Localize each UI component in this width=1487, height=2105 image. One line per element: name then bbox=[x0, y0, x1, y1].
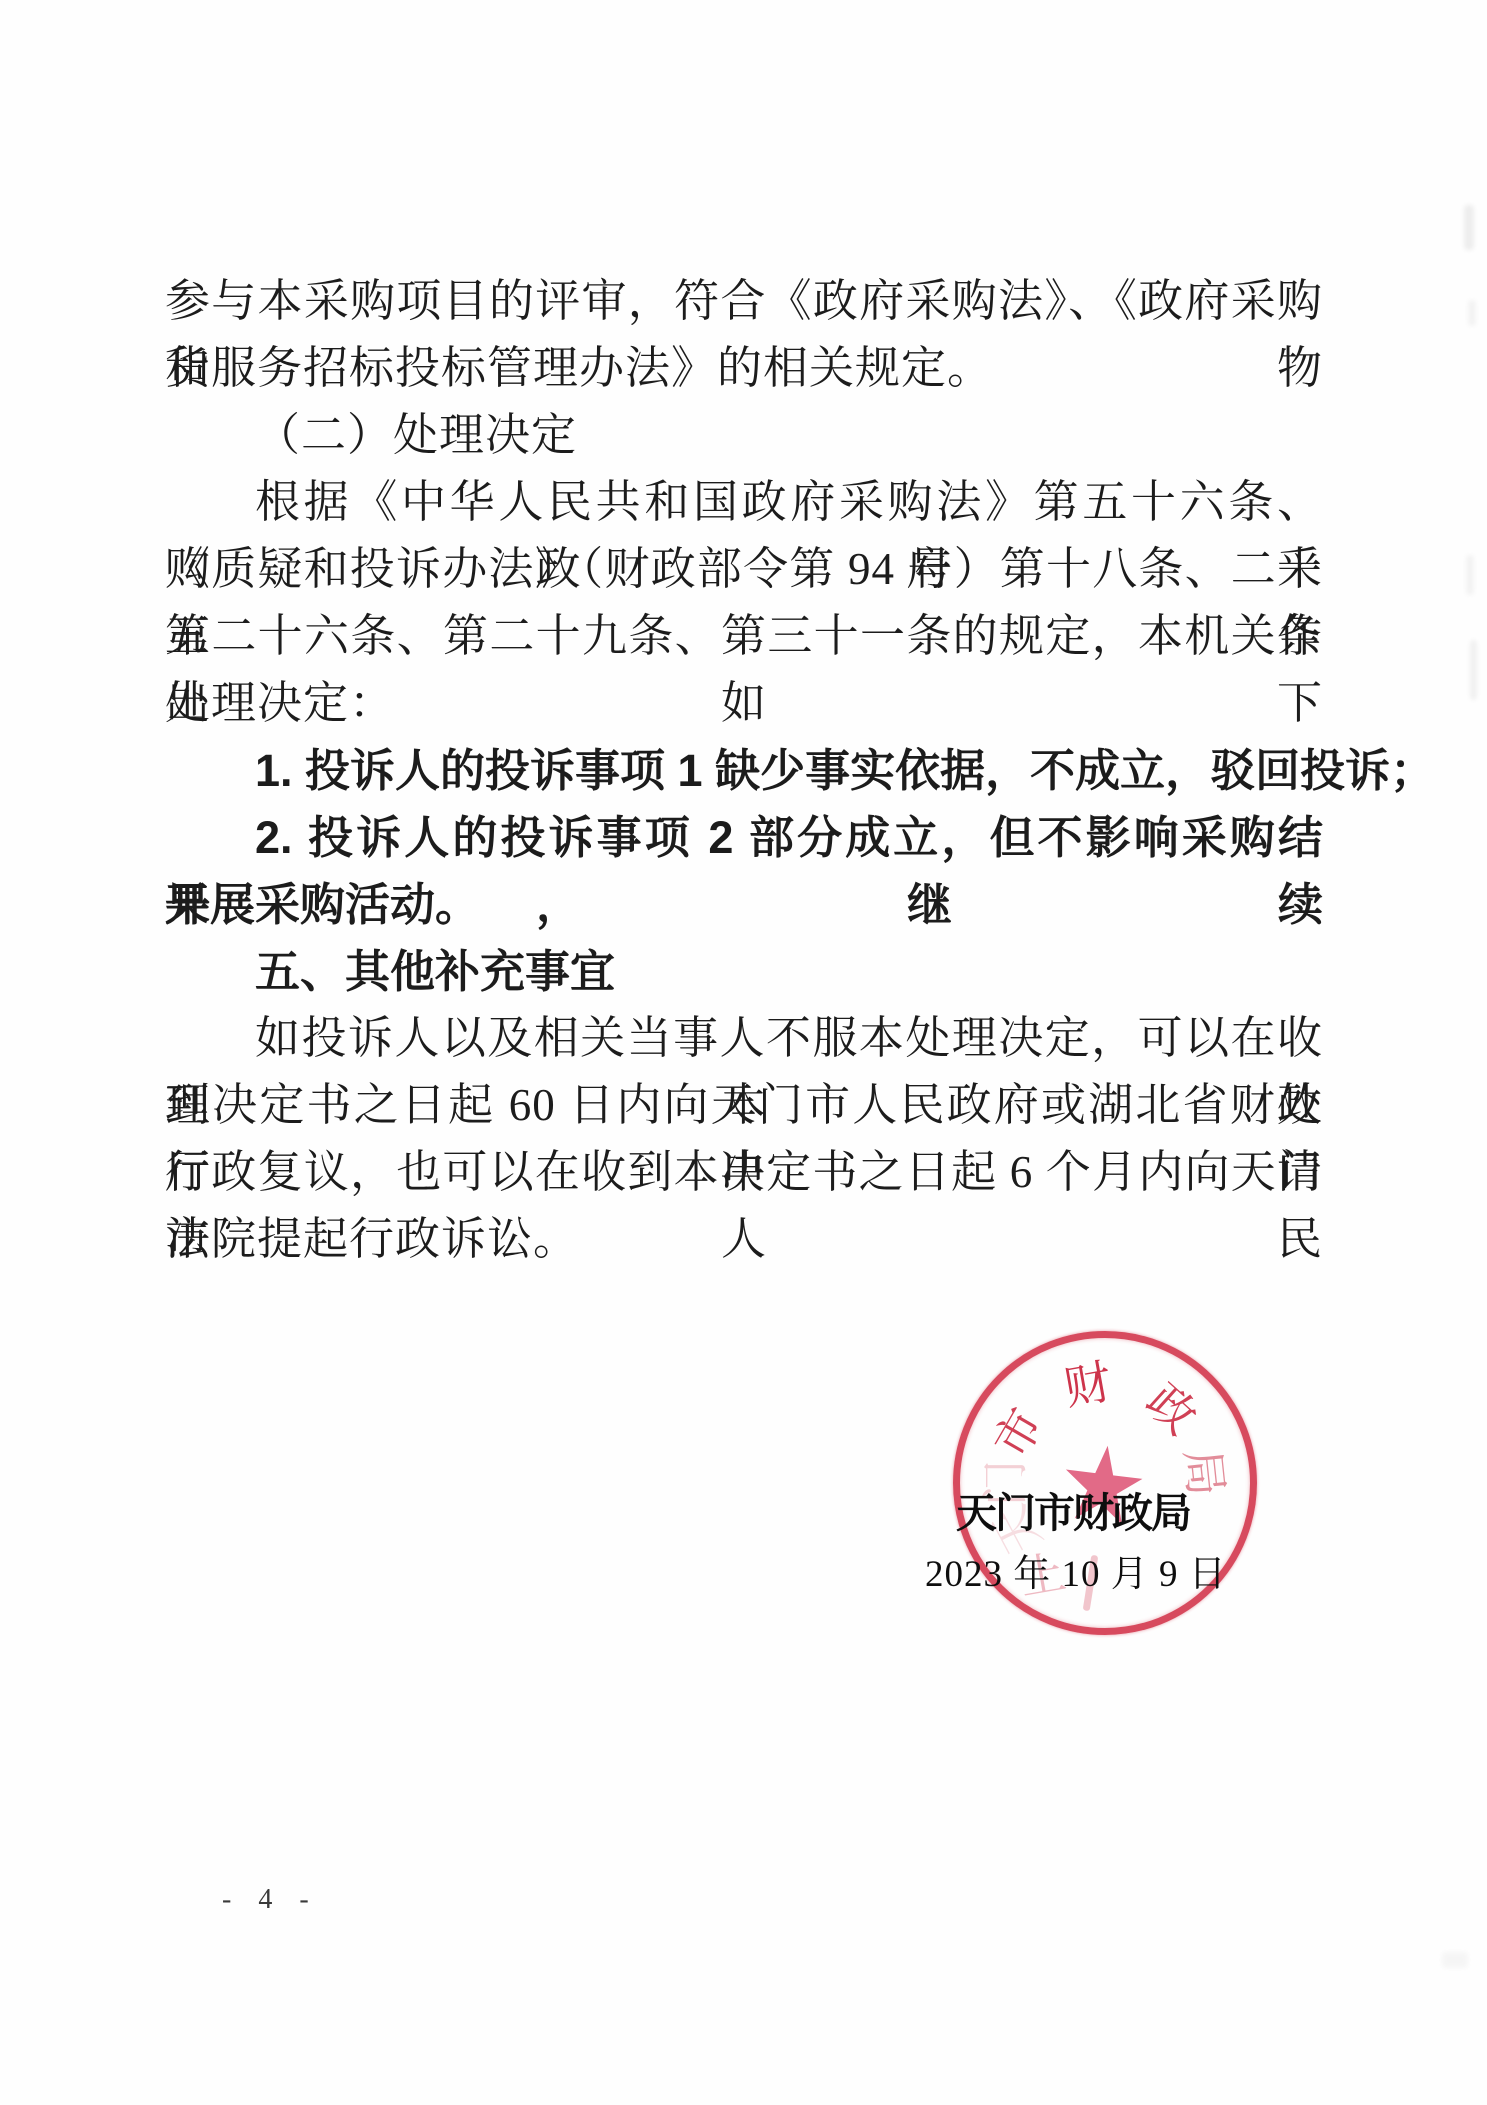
body-line: 行政复议，也可以在收到本决定书之日起 6 个月内向天门市人民 bbox=[165, 1139, 1323, 1206]
document-body: 参与本采购项目的评审，符合《政府采购法》、《政府采购货物 和服务招标投标管理办法… bbox=[165, 268, 1323, 1273]
scan-artifact bbox=[1466, 555, 1474, 595]
scan-artifact bbox=[1464, 205, 1474, 250]
body-line: 根据《中华人民共和国政府采购法》第五十六条、《政府采 bbox=[165, 469, 1323, 536]
decision-item-2: 2. 投诉人的投诉事项 2 部分成立，但不影响采购结果，继续 bbox=[165, 804, 1323, 871]
section-heading: 五、其他补充事宜 bbox=[165, 938, 1323, 1005]
body-line: 理决定书之日起 60 日内向天门市人民政府或湖北省财政厅申请 bbox=[165, 1072, 1323, 1139]
scan-artifact bbox=[1470, 640, 1477, 700]
scan-artifact bbox=[1442, 1952, 1468, 1968]
body-line: 参与本采购项目的评审，符合《政府采购法》、《政府采购货物 bbox=[165, 268, 1323, 335]
scan-artifact bbox=[1468, 300, 1476, 326]
signature-date: 2023 年 10 月 9 日 bbox=[925, 1543, 1227, 1597]
body-line: 第二十六条、第二十九条、第三十一条的规定，本机关作出如下 bbox=[165, 603, 1323, 670]
subsection-heading: （二）处理决定 bbox=[165, 402, 1323, 469]
page-number: - 4 - bbox=[222, 1884, 319, 1916]
body-line: 如投诉人以及相关当事人不服本处理决定，可以在收到本处 bbox=[165, 1005, 1323, 1072]
body-line: 购质疑和投诉办法》（财政部令第 94 号）第十八条、二十五条 bbox=[165, 536, 1323, 603]
document-page: 参与本采购项目的评审，符合《政府采购法》、《政府采购货物 和服务招标投标管理办法… bbox=[0, 0, 1487, 2105]
signature-agency: 天门市财政局 bbox=[956, 1480, 1190, 1539]
decision-item-1: 1. 投诉人的投诉事项 1 缺少事实依据，不成立，驳回投诉； bbox=[165, 737, 1323, 804]
